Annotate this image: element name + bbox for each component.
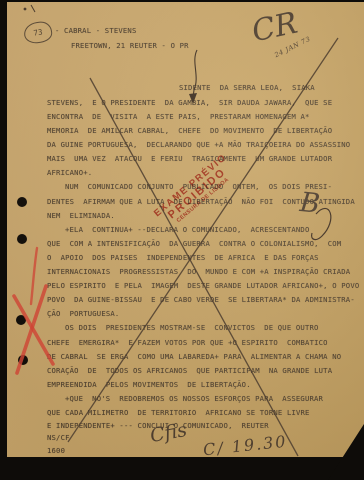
typed-line-1: FREETOWN, 21 REUTER - O PR [71,42,189,50]
typed-line-0: - CABRAL - STEVENS [55,27,137,35]
typed-line-14: O APOIO DOS PAISES INDEPENDENTES DE AFRI… [47,254,319,262]
typed-line-2: SIDENTE DA SERRA LEOA, SIAKA [179,84,315,92]
typed-line-4: ENCONTRA DE VISITA A ESTE PAIS, PRESTARA… [47,113,310,121]
typed-line-21: DE CABRAL SE ERGA COMO UMA LABAREDA+ PAR… [47,353,341,361]
stamp-line-2: PROIBIDO [147,150,248,238]
typed-line-5: MEMORIA DE AMILCAR CABRAL, CHEFE DO MOVI… [47,127,332,135]
punch-hole [17,234,27,244]
handwritten-time-note: C/ 19.30 [202,432,288,460]
typed-line-7: MAIS UMA VEZ ATACOU E FERIU TRAGICAMENTE… [47,155,332,163]
typed-line-15: INTERNACIONAIS PROGRESSISTAS DO MUNDO E … [47,268,350,276]
typed-line-27: NS/CF [47,434,70,442]
page-number: 73 [33,27,43,37]
censorship-stamp: EXAME PRÉVIO PROIBIDO CENSURA DE LISBOA [140,142,251,242]
typed-line-17: POVO DA GUINE-BISSAU E DE CABO VERDE SE … [47,296,355,304]
typed-line-6: DA GUINE PORTUGUESA, DECLARANDO QUE +A M… [47,141,350,149]
typed-line-3: STEVENS, E O PRESIDENTE DA GAMBIA, SIR D… [47,99,332,107]
punch-hole [16,315,26,325]
typed-line-25: QUE CADA MILIMETRO DE TERRITORIO AFRICAN… [47,409,310,417]
typed-line-23: EMPREENDIDA PELOS MOVIMENTOS DE LIBERTAÇ… [47,381,251,389]
punch-hole [18,355,28,365]
stamp-line-1: EXAME PRÉVIO [140,142,241,229]
typed-line-11: NEM ELIMINADA. [47,212,115,220]
page-number-circle: 73 [23,20,54,45]
typed-line-20: CHEFE EMERGIRA* E FAZEM VOTOS POR QUE +O… [47,339,328,347]
scanned-telex-document: - CABRAL - STEVENSFREETOWN, 21 REUTER - … [0,0,364,480]
stamp-line-3: CENSURA DE LISBOA [154,159,251,242]
typed-line-8: AFRICANO+. [47,169,92,177]
typed-line-26: E INDEPENDENTE+ --- CONCLUI O COMUNICADO… [47,422,269,430]
handwritten-initials: CR [249,6,301,50]
punch-hole [17,197,27,207]
telex-paper: - CABRAL - STEVENSFREETOWN, 21 REUTER - … [7,2,364,457]
scan-edge-bottom [0,457,364,480]
typed-line-12: +ELA CONTINUA+ --DECLARA O COMUNICADO, A… [65,226,309,234]
typed-line-28: 1600 [47,447,65,455]
typed-line-18: ÇÃO PORTUGUESA. [47,310,119,318]
typed-line-10: DENTES AFIRMAM QUE A LUTA DE LIBERTAÇÃO … [47,198,355,206]
typed-line-9: NUM COMUNICADO CONJUNTO PUBLICADO ONTEM,… [65,183,332,191]
typed-line-16: PELO ESPIRITO E PELA IMAGEM DESTE GRANDE… [47,282,359,290]
typed-line-24: +QUE NO'S REDOBREMOS OS NOSSOS ESFORÇOS … [65,395,323,403]
typed-line-19: OS DOIS PRESIDENTES MOSTRAM-SE CONVICTOS… [65,324,319,332]
handwritten-signature: Cfis [148,419,188,447]
typed-line-22: CORAÇÃO DE TODOS OS AFRICANOS QUE PARTIC… [47,367,332,375]
handwritten-date: 24 JAN 73 [273,35,312,59]
typed-line-13: QUE COM A INTENSIFICAÇÃO DA GUERRA CONTR… [47,240,341,248]
handwritten-side-mark: B [298,187,321,220]
